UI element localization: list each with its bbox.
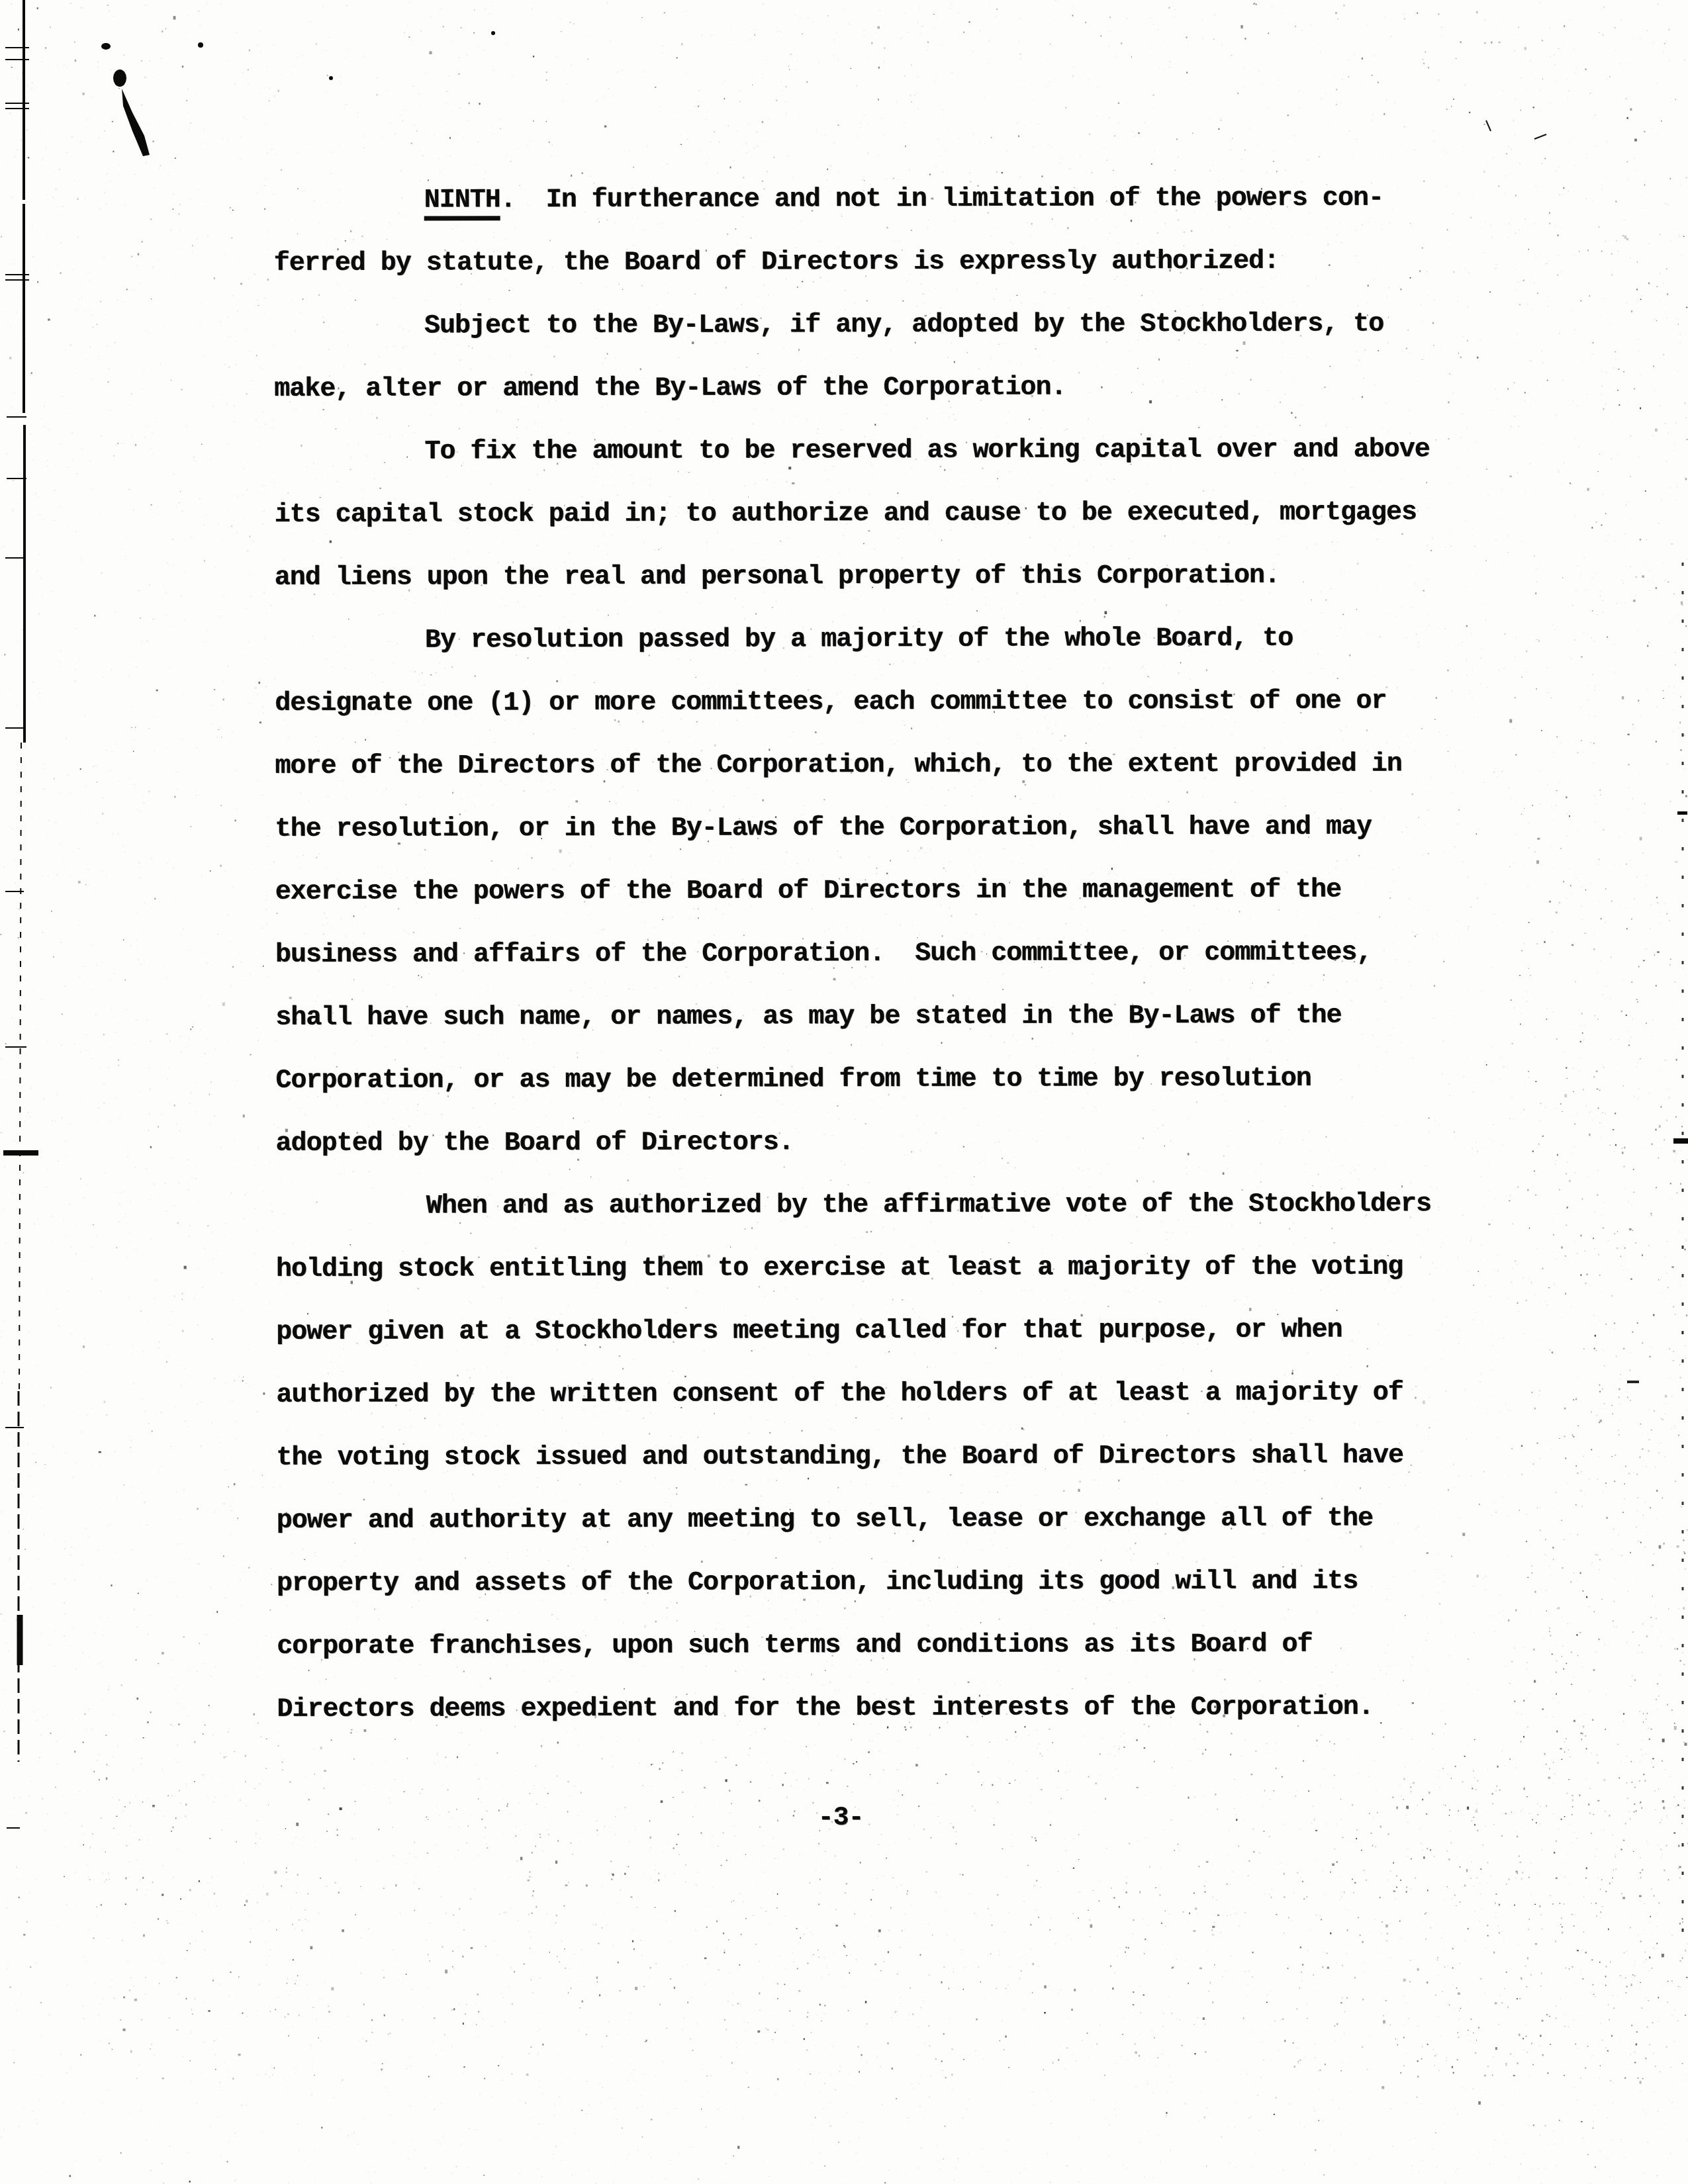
text-line: To fix the amount to be reserved as work… — [274, 418, 1452, 484]
text-line-content: When and as authorized by the affirmativ… — [426, 1189, 1431, 1221]
text-line-content: power given at a Stockholders meeting ca… — [276, 1315, 1342, 1347]
text-line-content: designate one (1) or more committees, ea… — [275, 686, 1386, 719]
text-line-content: make, alter or amend the By-Laws of the … — [274, 373, 1066, 404]
text-line-content: holding stock entitling them to exercise… — [276, 1252, 1403, 1285]
text-line: designate one (1) or more committees, ea… — [275, 670, 1453, 735]
text-line: the voting stock issued and outstanding,… — [276, 1424, 1454, 1490]
text-line: make, alter or amend the By-Laws of the … — [274, 355, 1452, 421]
text-line: Corporation, or as may be determined fro… — [275, 1047, 1454, 1113]
left-edge-ticks — [3, 48, 38, 1828]
text-line: power given at a Stockholders meeting ca… — [276, 1298, 1454, 1364]
text-line: power and authority at any meeting to se… — [277, 1487, 1455, 1553]
text-line: holding stock entitling them to exercise… — [276, 1236, 1454, 1301]
text-line: authorized by the written consent of the… — [276, 1361, 1454, 1427]
text-line-content: To fix the amount to be reserved as work… — [424, 435, 1429, 467]
text-line: more of the Directors of the Corporation… — [275, 733, 1453, 798]
text-line: When and as authorized by the affirmativ… — [276, 1173, 1454, 1238]
text-line: Directors deems expedient and for the be… — [277, 1676, 1455, 1741]
text-line: By resolution passed by a majority of th… — [275, 607, 1453, 672]
ink-blob — [101, 31, 495, 156]
left-edge-line — [19, 0, 24, 1762]
text-line-content: and liens upon the real and personal pro… — [275, 561, 1280, 593]
scanned-document-page: NINTH. In furtherance and not in limitat… — [0, 0, 1688, 2184]
text-line-content: adopted by the Board of Directors. — [276, 1128, 794, 1159]
text-line: property and assets of the Corporation, … — [277, 1550, 1455, 1615]
text-line-content: its capital stock paid in; to authorize … — [275, 498, 1417, 530]
text-line: Subject to the By-Laws, if any, adopted … — [274, 293, 1452, 358]
text-line: its capital stock paid in; to authorize … — [275, 481, 1453, 547]
text-line: exercise the powers of the Board of Dire… — [275, 858, 1454, 924]
text-line-content: power and authority at any meeting to se… — [277, 1504, 1373, 1535]
text-line-content: business and affairs of the Corporation.… — [275, 938, 1372, 970]
text-line: NINTH. In furtherance and not in limitat… — [274, 167, 1452, 232]
document-body: NINTH. In furtherance and not in limitat… — [274, 167, 1456, 1741]
text-line-content: . In furtherance and not in limitation o… — [500, 183, 1383, 215]
text-line-content: authorized by the written consent of the… — [276, 1378, 1403, 1410]
right-edge-marks — [1486, 120, 1688, 1933]
text-line: adopted by the Board of Directors. — [275, 1110, 1454, 1175]
text-line-content: property and assets of the Corporation, … — [277, 1567, 1358, 1598]
text-line-content: corporate franchises, upon such terms an… — [277, 1630, 1312, 1662]
article-heading: NINTH — [424, 185, 500, 220]
text-line-content: Directors deems expedient and for the be… — [277, 1692, 1373, 1724]
text-line-content: more of the Directors of the Corporation… — [275, 749, 1401, 782]
text-line-content: Corporation, or as may be determined fro… — [275, 1064, 1311, 1096]
text-line-content: Subject to the By-Laws, if any, adopted … — [424, 309, 1383, 341]
text-line-content: shall have such name, or names, as may b… — [275, 1001, 1341, 1032]
text-line: corporate franchises, upon such terms an… — [277, 1613, 1455, 1678]
page-number: -3- — [788, 1803, 894, 1833]
text-line: ferred by statute, the Board of Director… — [274, 230, 1452, 295]
text-line-content: exercise the powers of the Board of Dire… — [275, 875, 1341, 907]
text-line: and liens upon the real and personal pro… — [275, 544, 1453, 610]
text-line: the resolution, or in the By-Laws of the… — [275, 796, 1454, 861]
text-line-content: ferred by statute, the Board of Director… — [274, 247, 1279, 279]
text-line-content: the voting stock issued and outstanding,… — [277, 1441, 1403, 1473]
text-line-content: By resolution passed by a majority of th… — [425, 624, 1293, 656]
text-line: shall have such name, or names, as may b… — [275, 984, 1454, 1050]
text-line: business and affairs of the Corporation.… — [275, 921, 1454, 987]
text-line-content: the resolution, or in the By-Laws of the… — [275, 812, 1372, 844]
